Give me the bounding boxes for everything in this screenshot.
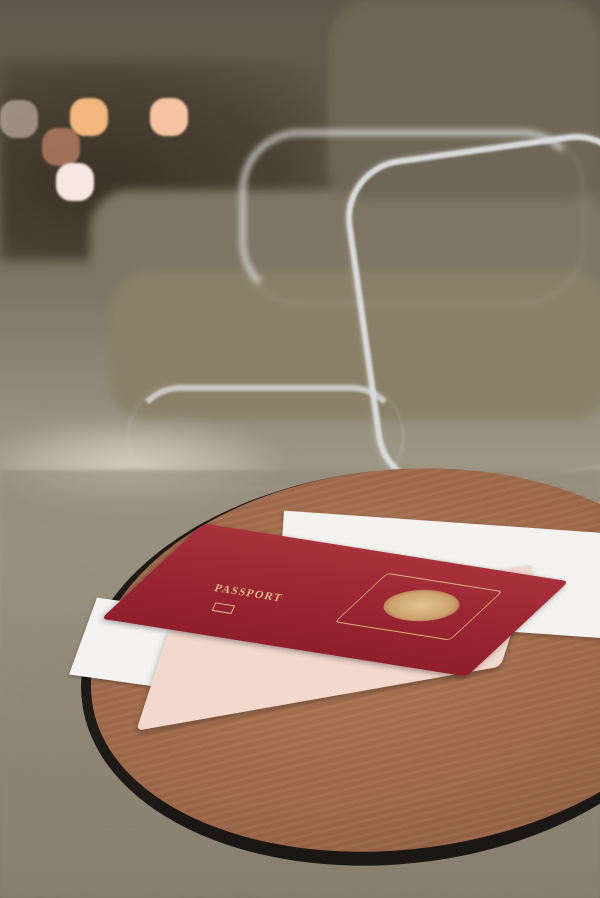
bokeh-light: [70, 98, 108, 136]
bokeh-light: [0, 100, 38, 138]
chrome-armrest: [240, 130, 582, 302]
bokeh-light: [150, 98, 188, 136]
bokeh-light: [56, 163, 94, 201]
passport-cover-label: PASSPORT: [213, 582, 285, 604]
bokeh-light: [42, 128, 80, 166]
biometric-chip-icon: [212, 602, 235, 614]
airport-waiting-area-photo: ▮▮▮ ▮▮ ▮▮▮ PASSPORT: [0, 0, 600, 898]
